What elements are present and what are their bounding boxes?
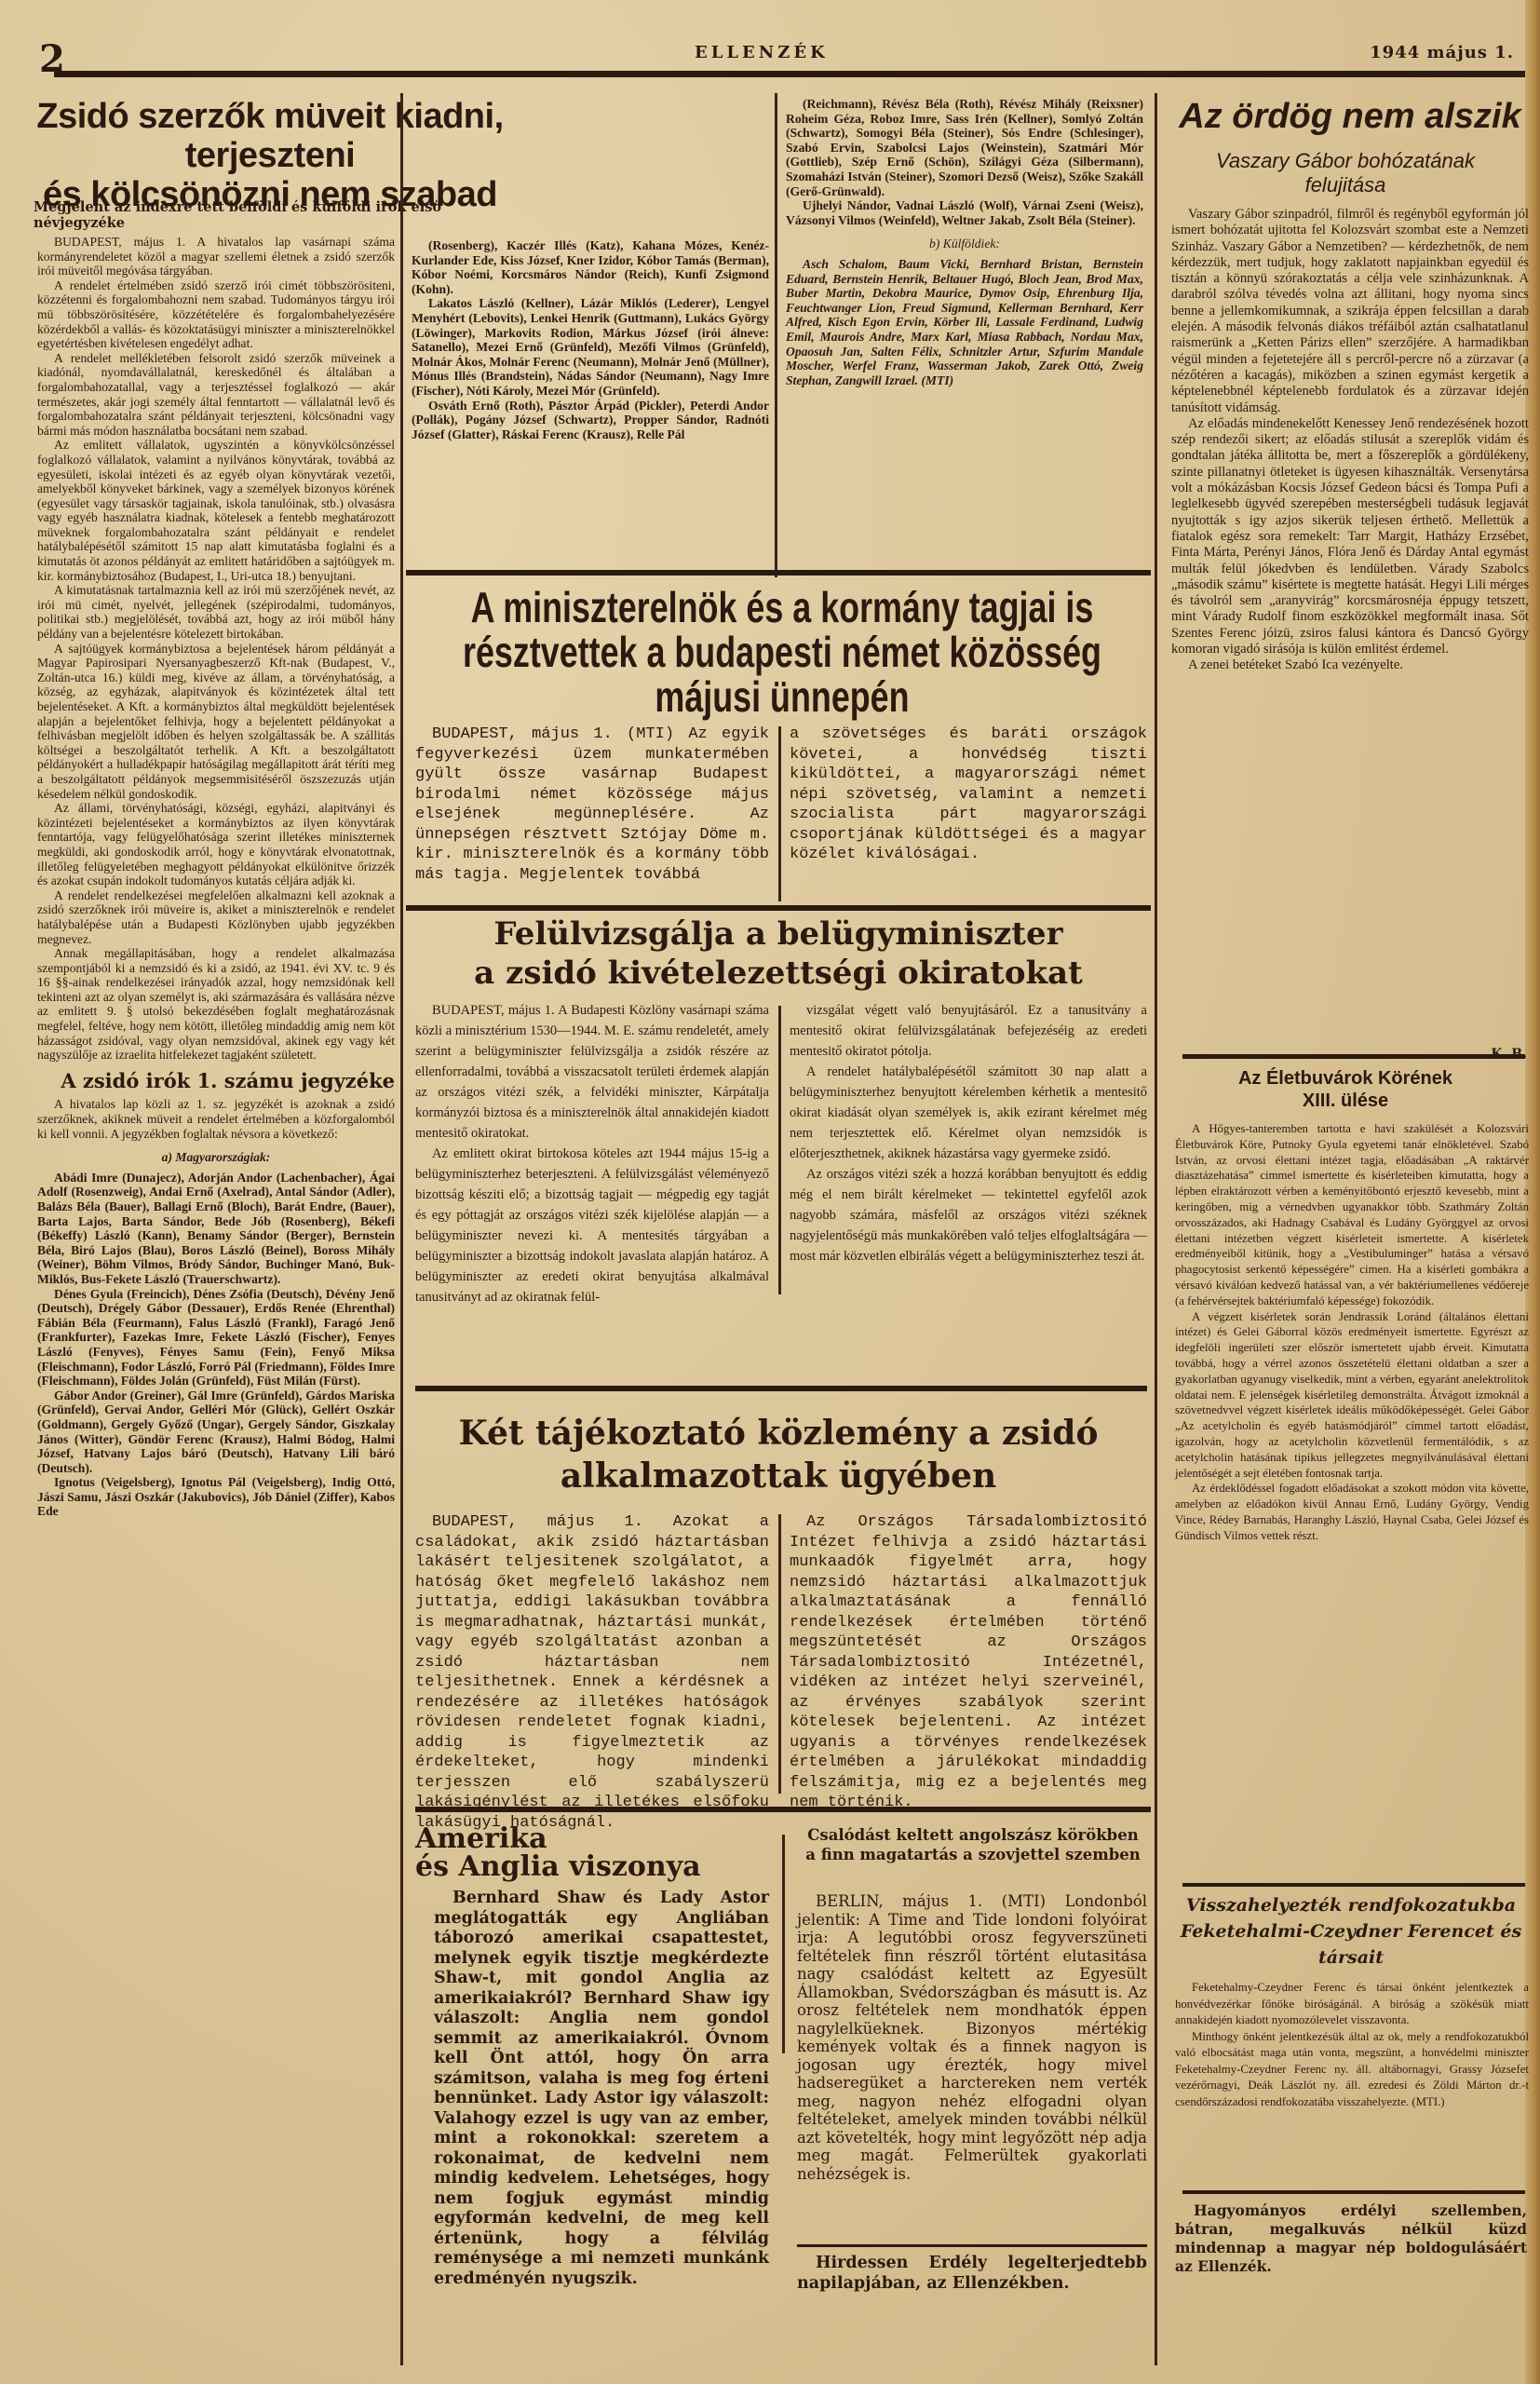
reinstated-body: Feketehalmy-Czeydner Ferenc és társai ön… (1175, 1980, 1529, 2110)
mayday-col-2: a szövetséges és baráti országok követei… (790, 725, 1147, 865)
theatre-subhead: Vaszary Gábor bohózatának felujitása (1164, 149, 1527, 197)
section-rule (415, 1386, 1147, 1391)
lead-subhead: Megjelent az indexre tett belföldi és kü… (34, 199, 536, 231)
column-divider (775, 93, 777, 577)
list-heading: A zsidó irók 1. számu jegyzéke (37, 1074, 395, 1089)
author-list-paragraph: Gábor Andor (Greiner), Gál Imre (Grünfel… (37, 1388, 395, 1476)
employees-col-2: Az Országos Társadalombiztositó Intézet … (790, 1512, 1147, 1813)
section-a-list: Abádi Imre (Dunajecz), Adorján Andor (La… (37, 1171, 395, 1519)
list-intro: A hivatalos lap közli az 1. sz. jegyzéké… (37, 1097, 395, 1141)
lead-body: BUDAPEST, május 1. A hivatalos lap vasár… (37, 235, 395, 1063)
paper-name: ELLENZÉK (695, 43, 829, 62)
america-body: Bernhard Shaw és Lady Astor meglátogattá… (434, 1889, 769, 2289)
masthead-rule (54, 71, 1525, 77)
reinstated-paragraph: Feketehalmy-Czeydner Ferenc és társai ön… (1175, 1980, 1529, 2029)
section-a-label: a) Magyarországiak: (37, 1150, 395, 1165)
review-headline: Felülvizsgálja a belügyminiszter a zsidó… (406, 914, 1151, 993)
review-col-2: vizsgálat végett való benyujtásáról. Ez … (790, 1000, 1147, 1266)
lead-paragraph: Az emlitett vállalatok, ugyszintén a kön… (37, 438, 395, 583)
section-b-list: Asch Schalom, Baum Vicki, Bernhard Brist… (786, 257, 1143, 387)
column-divider (400, 93, 403, 2365)
reinstated-ad: Hagyományos erdélyi szellemben, bátran, … (1175, 2201, 1527, 2276)
column-divider (778, 1514, 781, 1794)
column-divider (778, 726, 781, 901)
section-rule (1182, 1883, 1525, 1887)
author-list-paragraph: Dénes Gyula (Freincich), Dénes Zsófia (D… (37, 1287, 395, 1388)
theatre-paragraph: Az előadás mindenekelőtt Kenessey Jenő r… (1171, 416, 1529, 657)
author-list-paragraph: Abádi Imre (Dunajecz), Adorján Andor (La… (37, 1171, 395, 1287)
lead-paragraph: A kimutatásnak tartalmaznia kell az irói… (37, 583, 395, 641)
lifedivers-paragraph: A végzett kisérletek során Jendrassik Lo… (1175, 1309, 1529, 1482)
lifedivers-paragraph: A Hőgyes-tanteremben tartotta e havi sza… (1175, 1121, 1529, 1309)
theatre-paragraph: A zenei betéteket Szabó Ica vezényelte. (1171, 657, 1529, 673)
lead-column-3: (Reichmann), Révész Béla (Roth), Révész … (786, 97, 1143, 387)
author-list-paragraph: (Rosenberg), Kaczér Illés (Katz), Kahana… (412, 238, 769, 296)
author-list-paragraph: Lakatos László (Kellner), Lázár Miklós (… (412, 296, 769, 398)
reinstated-headline: Visszahelyezték rendfokozatukba Feketeha… (1175, 1892, 1527, 1971)
lead-paragraph: A rendelet rendelkezései megfelelően alk… (37, 888, 395, 946)
finland-ad: Hirdessen Erdély legelterjedtebb napilap… (797, 2254, 1147, 2294)
lead-headline: Zsidó szerzők müveit kiadni, terjeszteni… (28, 97, 512, 214)
lead-column-1: BUDAPEST, május 1. A hivatalos lap vasár… (37, 235, 395, 1519)
review-paragraph: Az országos vitézi szék a hozzá korábban… (790, 1164, 1147, 1266)
section-rule (797, 2244, 1147, 2247)
lead-paragraph: A rendelet értelmében zsidó szerző irói … (37, 278, 395, 351)
mayday-headline: A miniszterelnök és a kormány tagjai is … (463, 585, 1101, 719)
lead-paragraph: A sajtóügyek kormánybiztosa a bejelentés… (37, 642, 395, 802)
theatre-paragraph: Vaszary Gábor szinpadról, filmről és reg… (1171, 207, 1529, 416)
lead-paragraph: Az állami, törvényhatósági, községi, egy… (37, 801, 395, 888)
america-headline: Amerika és Anglia viszonya (415, 1825, 769, 1881)
author-list-paragraph: Osváth Ernő (Roth), Pásztor Árpád (Pickl… (412, 399, 769, 442)
lifedivers-paragraph: Az érdeklődéssel fogadott előadásokat a … (1175, 1481, 1529, 1543)
lead-column-2: (Rosenberg), Kaczér Illés (Katz), Kahana… (412, 238, 769, 441)
author-list-paragraph: Ujhelyi Nándor, Vadnai László (Wolf), Vá… (786, 198, 1143, 227)
section-b-label: b) Külföldiek: (786, 237, 1143, 251)
lead-paragraph: BUDAPEST, május 1. A hivatalos lap vasár… (37, 235, 395, 278)
reinstated-paragraph: Minthogy önként jelentkezésük által az o… (1175, 2029, 1529, 2111)
section-rule (406, 570, 1151, 576)
column-divider (778, 1006, 781, 1294)
section-rule (415, 1807, 1151, 1812)
finland-body: BERLIN, május 1. (MTI) Londonból jelenti… (797, 1892, 1147, 2183)
issue-date: 1944 május 1. (1370, 43, 1514, 62)
theatre-headline: Az ördög nem alszik (1164, 97, 1536, 136)
employees-col-1: BUDAPEST, május 1. Azokat a családokat, … (415, 1512, 769, 1833)
theatre-body: Vaszary Gábor szinpadról, filmről és reg… (1171, 207, 1529, 674)
author-list-paragraph: (Reichmann), Révész Béla (Roth), Révész … (786, 97, 1143, 198)
review-col-1: BUDAPEST, május 1. A Budapesti Közlöny v… (415, 1000, 769, 1307)
mayday-col-1: BUDAPEST, május 1. (MTI) Az egyik fegyve… (415, 725, 769, 885)
section-rule (1182, 1054, 1525, 1059)
review-paragraph: Az emlitett okirat birtokosa köteles azt… (415, 1144, 769, 1307)
lifedivers-body: A Hőgyes-tanteremben tartotta e havi sza… (1175, 1121, 1529, 1544)
finland-headline: Csalódást keltett angolszász körökben a … (801, 1825, 1145, 1864)
review-paragraph: BUDAPEST, május 1. A Budapesti Közlöny v… (415, 1000, 769, 1144)
review-paragraph: A rendelet hatálybalépésétől számitott 3… (790, 1062, 1147, 1164)
column-divider (782, 1835, 785, 2053)
section-rule (1182, 2190, 1525, 2194)
lead-paragraph: Annak megállapitásában, hogy a rendelet … (37, 946, 395, 1063)
lead-paragraph: A rendelet mellékletében felsorolt zsidó… (37, 351, 395, 439)
employees-headline: Két tájékoztató közlemény a zsidó alkalm… (406, 1412, 1151, 1497)
section-rule (406, 905, 1151, 911)
lifedivers-headline: Az Életbuvárok Körének XIII. ülése (1164, 1067, 1527, 1112)
column-divider (1155, 93, 1157, 2365)
author-list-paragraph: Ignotus (Veigelsberg), Ignotus Pál (Veig… (37, 1475, 395, 1519)
review-paragraph: vizsgálat végett való benyujtásáról. Ez … (790, 1000, 1147, 1062)
